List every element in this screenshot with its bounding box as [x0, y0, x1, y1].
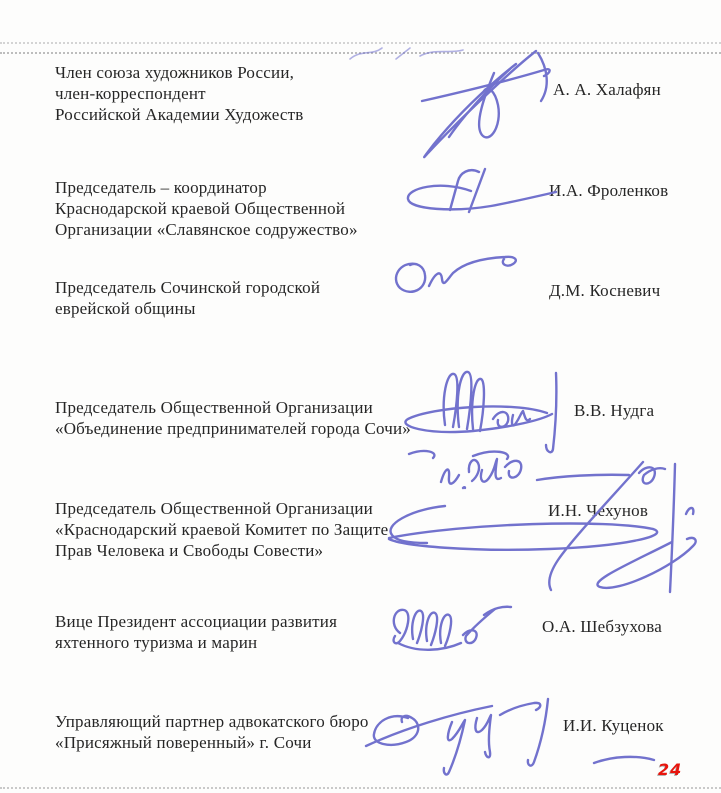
signatory-title: Председатель Сочинской городской еврейск… — [55, 277, 320, 319]
signature-ink-4 — [395, 363, 567, 458]
signatory-name: И.И. Куценок — [563, 716, 664, 736]
signatory-name: А. А. Халафян — [553, 80, 661, 100]
signature-ink-6 — [381, 598, 516, 660]
bottom-dotted-line — [0, 787, 721, 789]
signature-ink-5 — [381, 446, 721, 596]
signatory-name: И.А. Фроленков — [549, 181, 668, 201]
page-number: 24 — [658, 760, 682, 779]
signatory-title: Председатель – координатор Краснодарской… — [55, 177, 358, 240]
signature-ink-7 — [360, 694, 565, 784]
signatory-name: В.В. Нудга — [574, 401, 654, 421]
signatory-name: О.А. Шебзухова — [542, 617, 662, 637]
signatory-title: Председатель Общественной Организации «О… — [55, 397, 411, 439]
signatory-title: Вице Президент ассоциации развития яхтен… — [55, 611, 337, 653]
signature-ink-3 — [386, 251, 526, 301]
signatory-title: Председатель Общественной Организации «К… — [55, 498, 388, 561]
signatory-title: Член союза художников России, член-корре… — [55, 62, 303, 125]
scanned-document-page: Член союза художников России, член-корре… — [0, 0, 721, 793]
signature-ink-1 — [396, 45, 564, 167]
signatory-name: Д.М. Косневич — [549, 281, 660, 301]
ink-tail-near-page-number — [591, 752, 657, 767]
signatory-title: Управляющий партнер адвокатского бюро «П… — [55, 711, 369, 753]
signature-ink-2 — [391, 165, 559, 219]
